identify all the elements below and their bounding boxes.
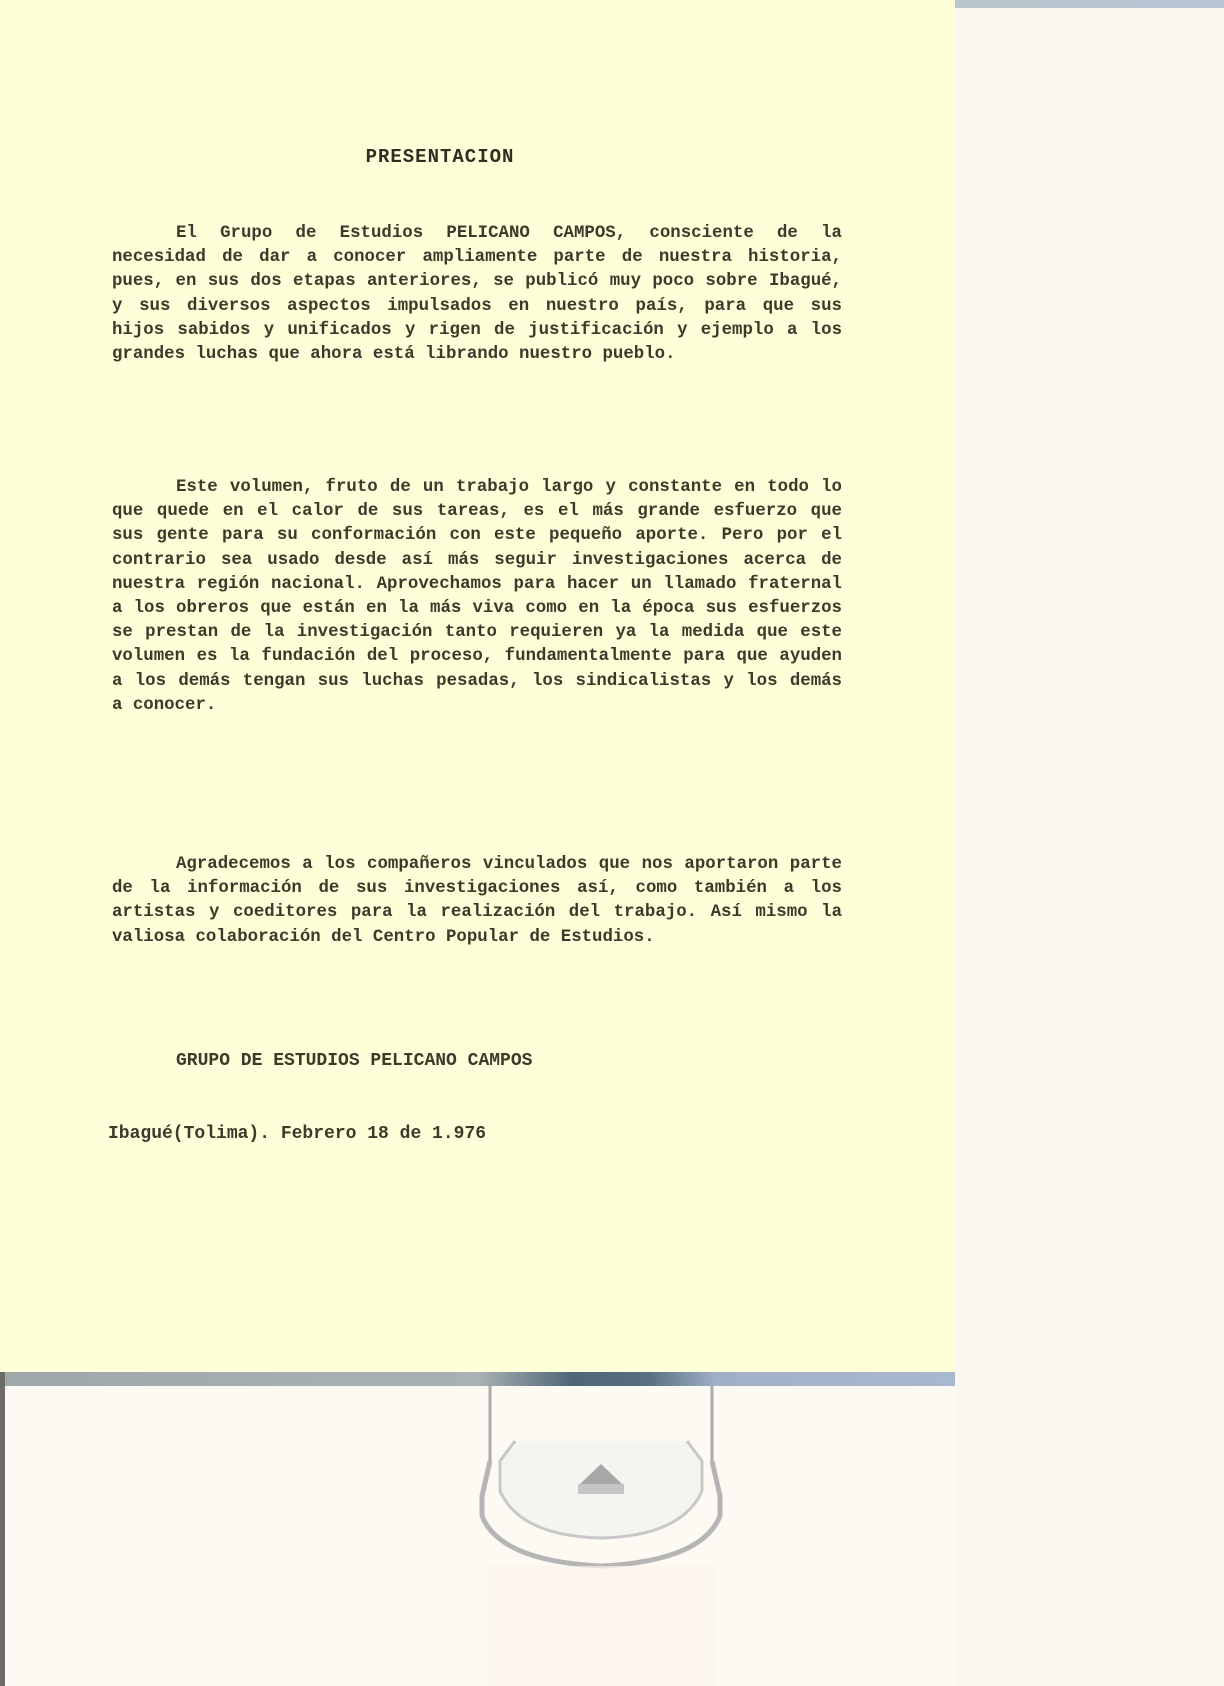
- paragraph-1: El Grupo de Estudios PELICANO CAMPOS, co…: [112, 222, 842, 367]
- page-under-edge: [0, 1372, 955, 1386]
- page-title: PRESENTACION: [0, 146, 880, 168]
- paragraph-3: Agradecemos a los compañeros vinculados …: [112, 853, 842, 950]
- binder-clip-icon: [460, 1386, 760, 1686]
- scan-background: [955, 8, 1224, 1686]
- left-dark-edge: [0, 1372, 5, 1686]
- place-date: Ibagué(Tolima). Febrero 18 de 1.976: [108, 1124, 486, 1144]
- document-page: PRESENTACION El Grupo de Estudios PELICA…: [0, 0, 955, 1372]
- paragraph-2: Este volumen, fruto de un trabajo largo …: [112, 476, 842, 718]
- scanner-edge-strip: [955, 0, 1224, 8]
- signature: GRUPO DE ESTUDIOS PELICANO CAMPOS: [176, 1051, 532, 1071]
